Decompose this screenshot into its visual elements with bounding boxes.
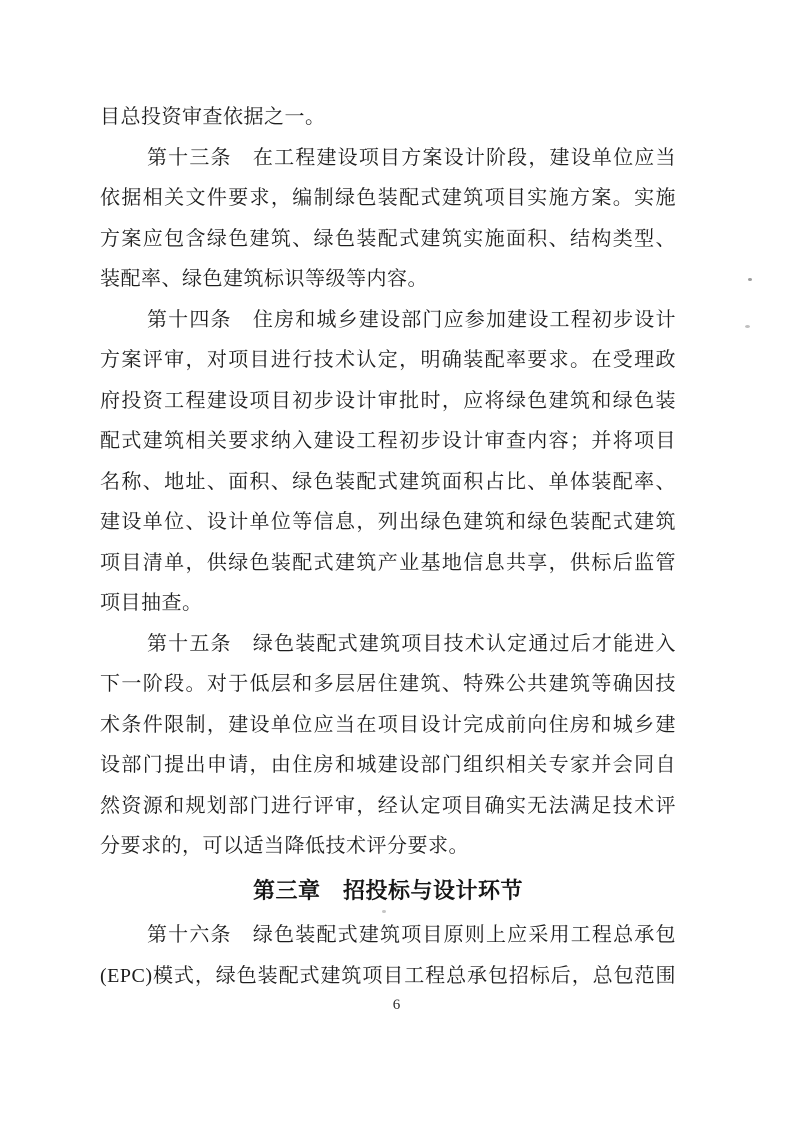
scan-speck — [745, 325, 750, 328]
text-line: 项目抽查。 — [100, 583, 676, 624]
text-line: 配式建筑相关要求纳入建设工程初步设计审查内容；并将项目 — [100, 421, 676, 462]
text-line: 方案应包含绿色建筑、绿色装配式建筑实施面积、结构类型、 — [100, 219, 676, 260]
text-line: 府投资工程建设项目初步设计审批时，应将绿色建筑和绿色装 — [100, 381, 676, 422]
paragraph: 第十六条 绿色装配式建筑项目原则上应采用工程总承包(EPC)模式，绿色装配式建筑… — [100, 915, 676, 996]
text-line: 目总投资审查依据之一。 — [100, 97, 676, 138]
text-line: 第十五条 绿色装配式建筑项目技术认定通过后才能进入 — [100, 624, 676, 665]
text-line: 下一阶段。对于低层和多层居住建筑、特殊公共建筑等确因技 — [100, 664, 676, 705]
text-line: 名称、地址、面积、绿色装配式建筑面积占比、单体装配率、 — [100, 462, 676, 503]
text-line: 术条件限制，建设单位应当在项目设计完成前向住房和城乡建 — [100, 705, 676, 746]
chapter-heading-text: 第三章 招投标与设计环节 — [100, 871, 676, 912]
text-line: 依据相关文件要求，编制绿色装配式建筑项目实施方案。实施 — [100, 178, 676, 219]
page-number: 6 — [0, 997, 793, 1014]
text-line: 装配率、绿色建筑标识等级等内容。 — [100, 259, 676, 300]
text-line: 设部门提出申请，由住房和城建设部门组织相关专家并会同自 — [100, 745, 676, 786]
text-line: 第十四条 住房和城乡建设部门应参加建设工程初步设计 — [100, 300, 676, 341]
paragraph: 第十四条 住房和城乡建设部门应参加建设工程初步设计方案评审，对项目进行技术认定，… — [100, 300, 676, 624]
document-page: 目总投资审查依据之一。第十三条 在工程建设项目方案设计阶段，建设单位应当依据相关… — [0, 0, 793, 1122]
text-line: 分要求的，可以适当降低技术评分要求。 — [100, 826, 676, 867]
scan-speck — [748, 278, 752, 281]
text-line: 然资源和规划部门进行评审，经认定项目确实无法满足技术评 — [100, 786, 676, 827]
text-line: 第十三条 在工程建设项目方案设计阶段，建设单位应当 — [100, 138, 676, 179]
text-line: 第十六条 绿色装配式建筑项目原则上应采用工程总承包 — [100, 915, 676, 956]
text-line: 项目清单，供绿色装配式建筑产业基地信息共享，供标后监管 — [100, 543, 676, 584]
text-line: 方案评审，对项目进行技术认定，明确装配率要求。在受理政 — [100, 340, 676, 381]
chapter-heading: 第三章 招投标与设计环节 — [100, 871, 676, 912]
scan-speck — [382, 910, 386, 913]
paragraph: 第十三条 在工程建设项目方案设计阶段，建设单位应当依据相关文件要求，编制绿色装配… — [100, 138, 676, 300]
text-line: 建设单位、设计单位等信息，列出绿色建筑和绿色装配式建筑 — [100, 502, 676, 543]
text-block: 目总投资审查依据之一。第十三条 在工程建设项目方案设计阶段，建设单位应当依据相关… — [100, 97, 676, 996]
paragraph: 第十五条 绿色装配式建筑项目技术认定通过后才能进入下一阶段。对于低层和多层居住建… — [100, 624, 676, 867]
text-line: (EPC)模式，绿色装配式建筑项目工程总承包招标后，总包范围 — [100, 956, 676, 997]
paragraph: 目总投资审查依据之一。 — [100, 97, 676, 138]
